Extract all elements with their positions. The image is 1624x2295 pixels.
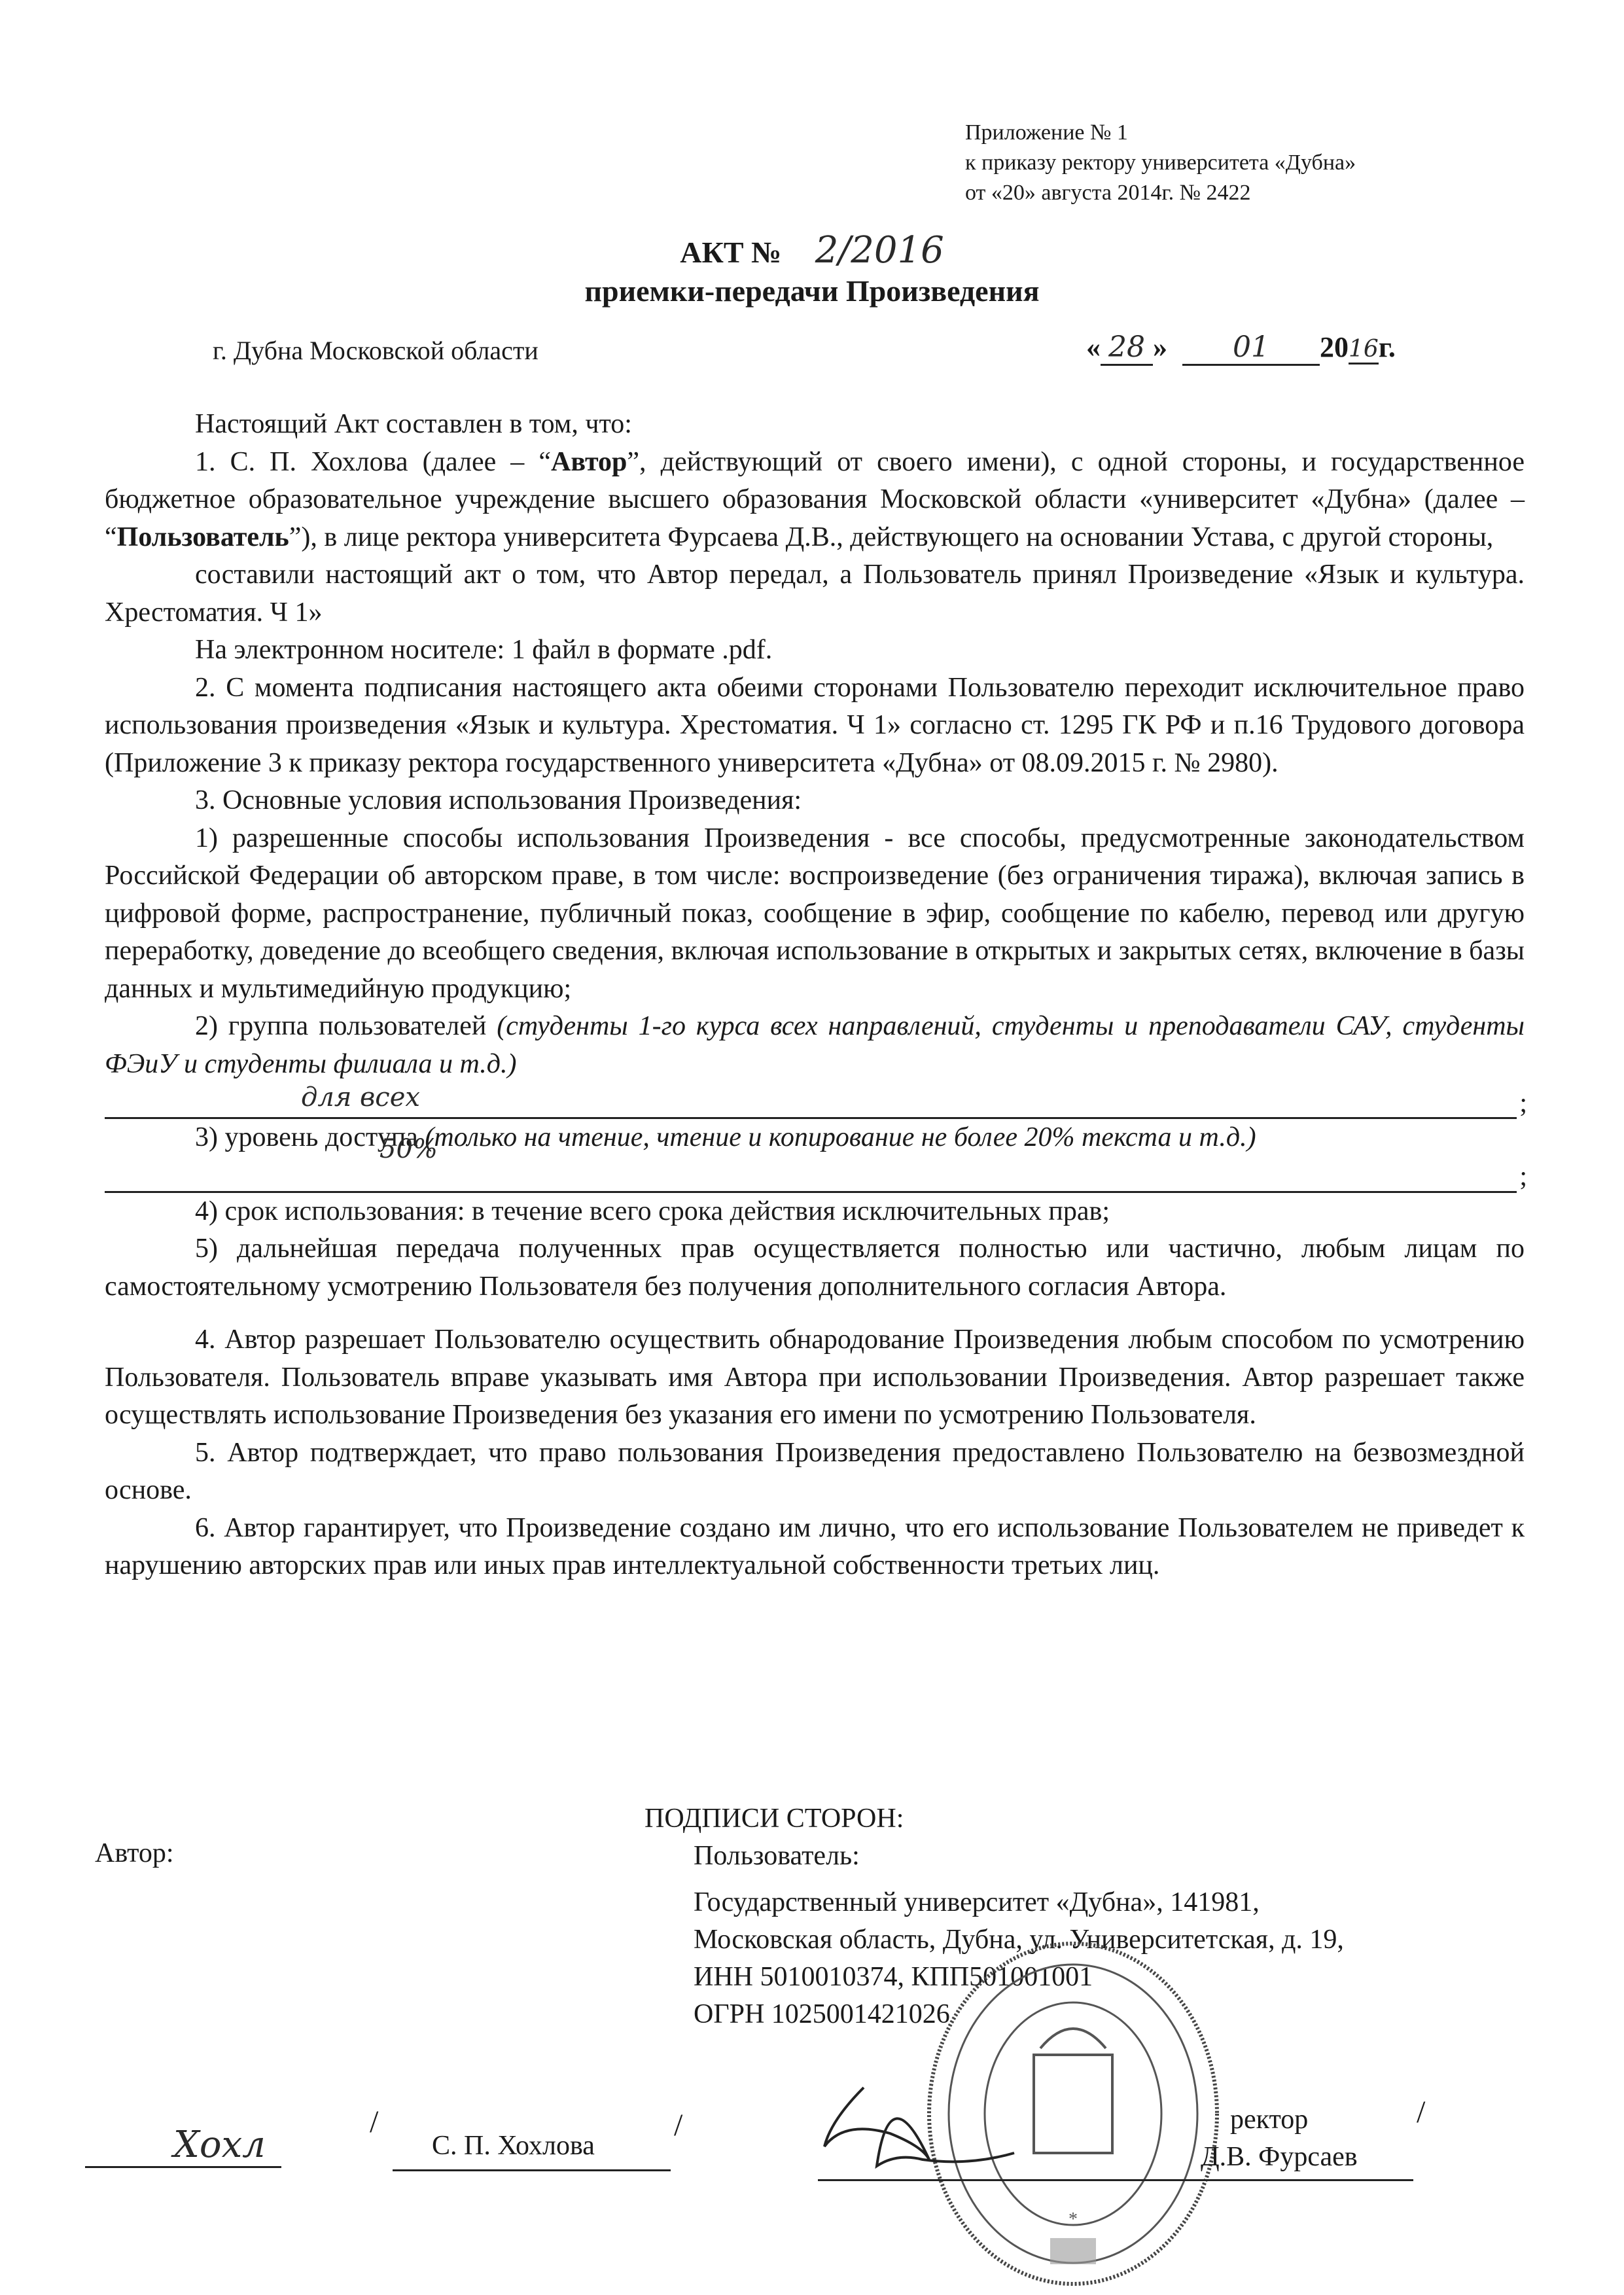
clause-3-3: 3) уровень доступа (только на чтение, чт… bbox=[105, 1119, 1525, 1157]
user-org: Государственный университет «Дубна», 141… bbox=[694, 1884, 1344, 1921]
clause-2: 2. С момента подписания настоящего акта … bbox=[105, 669, 1525, 783]
slash: / bbox=[370, 2104, 378, 2140]
clause-1: 1. С. П. Хохлова (далее – “Автор”, дейст… bbox=[105, 444, 1525, 557]
rector-signature-line bbox=[818, 2179, 1413, 2181]
clause-6: 6. Автор гарантирует, что Произведение с… bbox=[105, 1510, 1525, 1585]
author-signature: Хохл bbox=[173, 2124, 266, 2166]
clause-3-5: 5) дальнейшая передача полученных прав о… bbox=[105, 1230, 1525, 1306]
clause-1-continuation: составили настоящий акт о том, что Автор… bbox=[105, 556, 1525, 632]
annex-line-2: к приказу ректору университета «Дубна» bbox=[965, 148, 1356, 178]
user-label: Пользователь: bbox=[694, 1838, 1344, 1875]
city: г. Дубна Московской области bbox=[213, 335, 538, 366]
author-term: Автор bbox=[551, 447, 627, 477]
clause-3-title: 3. Основные условия использования Произв… bbox=[105, 782, 1525, 820]
rector-name: Д.В. Фурсаев bbox=[1201, 2141, 1358, 2173]
author-label: Автор: bbox=[95, 1838, 174, 1869]
access-level-handwritten: 50% bbox=[380, 1131, 438, 1169]
intro: Настоящий Акт составлен в том, что: bbox=[105, 406, 1525, 444]
act-subtitle: приемки-передачи Произведения bbox=[0, 274, 1624, 308]
clause-3-1: 1) разрешенные способы использования Про… bbox=[105, 820, 1525, 1008]
annex-line-1: Приложение № 1 bbox=[965, 118, 1356, 148]
date-month: 01 bbox=[1182, 330, 1320, 366]
rector-signature-icon bbox=[818, 2061, 1053, 2179]
year-prefix: 20 bbox=[1320, 331, 1349, 363]
act-number-handwritten: 2/2016 bbox=[815, 229, 944, 272]
clause-5: 5. Автор подтверждает, что право пользов… bbox=[105, 1434, 1525, 1510]
media-note: На электронном носителе: 1 файл в формат… bbox=[105, 632, 1525, 669]
author-name-line bbox=[393, 2169, 671, 2171]
author-signature-line bbox=[85, 2166, 281, 2168]
rector-title: ректор bbox=[1230, 2104, 1308, 2135]
author-name: С. П. Хохлова bbox=[432, 2130, 595, 2162]
clause-3-2: 2) группа пользователей (студенты 1-го к… bbox=[105, 1008, 1525, 1083]
year-suffix: 16 bbox=[1349, 336, 1379, 365]
annex-reference: Приложение № 1 к приказу ректору универс… bbox=[965, 118, 1356, 208]
clause-3-4: 4) срок использования: в течение всего с… bbox=[105, 1193, 1525, 1231]
user-group-fill-line: для всех ; bbox=[105, 1083, 1517, 1119]
clause-4: 4. Автор разрешает Пользователю осуществ… bbox=[105, 1321, 1525, 1434]
act-label: АКТ № bbox=[680, 236, 781, 269]
act-body: Настоящий Акт составлен в том, что: 1. С… bbox=[105, 406, 1525, 1585]
annex-line-3: от «20» августа 2014г. № 2422 bbox=[965, 178, 1356, 208]
date-day: 28 bbox=[1101, 330, 1153, 366]
user-term: Пользователь bbox=[117, 522, 289, 552]
access-level-fill-line: 50% ; bbox=[105, 1157, 1517, 1193]
act-date: «28» 012016г. bbox=[1086, 330, 1396, 366]
svg-text:*: * bbox=[1068, 2209, 1078, 2230]
signatures-title: ПОДПИСИ СТОРОН: bbox=[644, 1803, 904, 1834]
user-group-handwritten: для всех bbox=[301, 1079, 420, 1117]
act-title: АКТ № 2/2016 bbox=[0, 229, 1624, 272]
